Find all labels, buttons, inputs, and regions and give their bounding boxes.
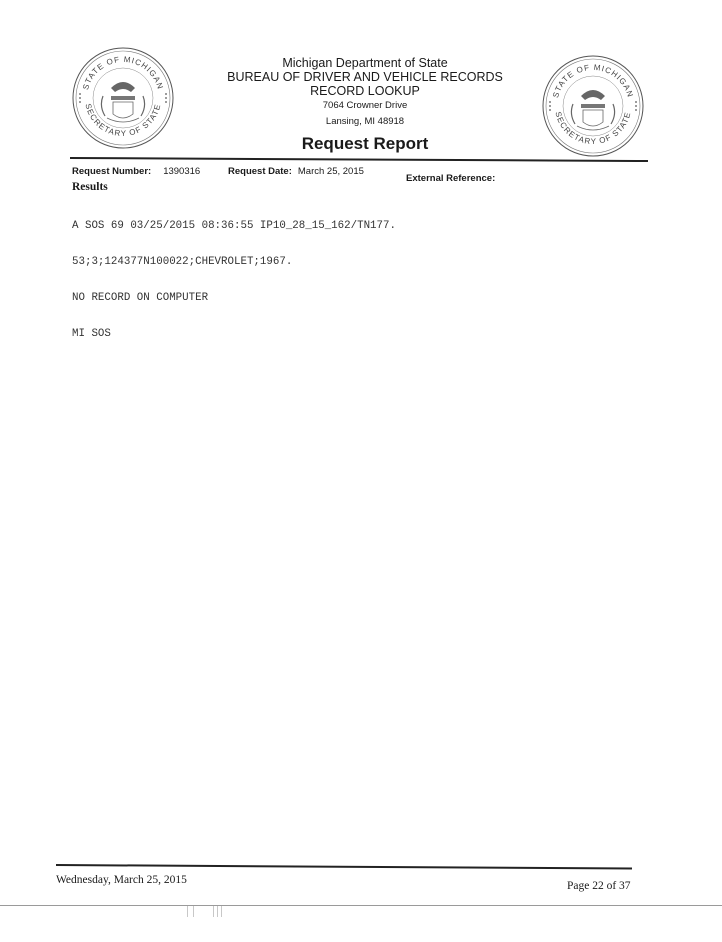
scan-artifacts: [185, 906, 245, 918]
michigan-seal-icon: STATE OF MICHIGAN SECRETARY OF STATE: [71, 46, 175, 150]
results-heading: Results: [72, 181, 108, 193]
svg-text:SECRETARY OF STATE: SECRETARY OF STATE: [553, 111, 632, 146]
footer-date: Wednesday, March 25, 2015: [56, 874, 187, 886]
request-date-label: Request Date:: [228, 166, 292, 177]
external-reference-label: External Reference:: [406, 173, 495, 184]
footer-divider: [56, 864, 632, 870]
results-line: NO RECORD ON COMPUTER: [72, 292, 396, 304]
division-name: RECORD LOOKUP: [220, 84, 510, 98]
request-date: Request Date:March 25, 2015: [228, 166, 364, 177]
svg-text:SECRETARY OF STATE: SECRETARY OF STATE: [83, 103, 162, 138]
page-number: Page 22 of 37: [567, 880, 631, 892]
address-city: Lansing, MI 48918: [220, 115, 510, 128]
results-line: A SOS 69 03/25/2015 08:36:55 IP10_28_15_…: [72, 220, 396, 232]
request-number: Request Number:1390316: [72, 166, 200, 177]
bureau-name: BUREAU OF DRIVER AND VEHICLE RECORDS: [220, 70, 510, 84]
request-date-value: March 25, 2015: [298, 166, 364, 177]
letterhead: Michigan Department of State BUREAU OF D…: [220, 56, 510, 128]
results-line: 53;3;124377N100022;CHEVROLET;1967.: [72, 256, 396, 268]
scan-edge-line: [0, 905, 722, 906]
michigan-seal-icon: STATE OF MICHIGAN SECRETARY OF STATE: [541, 54, 645, 158]
external-reference: External Reference:: [406, 173, 495, 184]
address-street: 7064 Crowner Drive: [220, 99, 510, 112]
report-title: Request Report: [220, 134, 510, 154]
request-number-value: 1390316: [163, 166, 200, 177]
request-number-label: Request Number:: [72, 166, 151, 177]
results-line: MI SOS: [72, 328, 396, 340]
department-name: Michigan Department of State: [220, 56, 510, 70]
results-block: A SOS 69 03/25/2015 08:36:55 IP10_28_15_…: [72, 196, 396, 352]
